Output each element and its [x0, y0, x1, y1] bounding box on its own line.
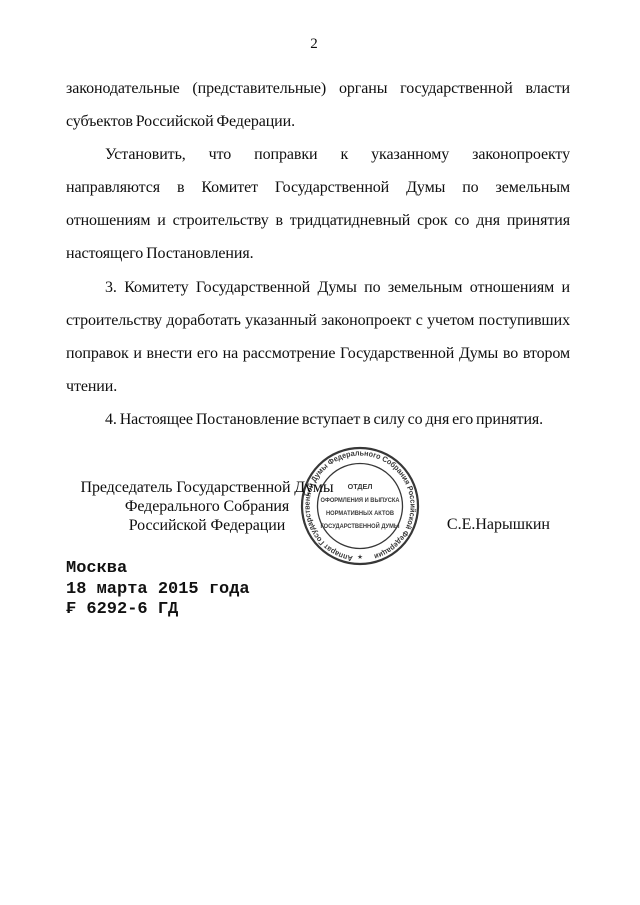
footer-city: Москва — [66, 559, 250, 580]
footer-number: ₣ 6292-6 ГД — [66, 600, 250, 621]
paragraph-line: поправок и внести его на рассмотрение Го… — [66, 337, 570, 370]
duma-seal-stamp-icon: Аппарат Государственной Думы Федеральног… — [297, 446, 423, 566]
page-number: 2 — [66, 36, 562, 53]
paragraph-line: строительству доработать указанный закон… — [66, 304, 570, 337]
stamp-star-icon: ★ — [357, 553, 363, 561]
paragraph-line: чтении. — [66, 370, 570, 403]
paragraph-line: законодательные (представительные) орган… — [66, 72, 570, 105]
document-page: 2 законодательные (представительные) орг… — [0, 0, 640, 905]
footer-date: 18 марта 2015 года — [66, 580, 250, 601]
paragraph-line: направляются в Комитет Государственной Д… — [66, 171, 570, 204]
stamp-center-line: ГОСУДАРСТВЕННОЙ ДУМЫ — [321, 521, 400, 530]
paragraph-line: Установить, что поправки к указанному за… — [66, 138, 570, 171]
document-body: законодательные (представительные) орган… — [66, 72, 570, 436]
stamp-inner-circle — [318, 464, 403, 549]
stamp-center-line: ОТДЕЛ — [348, 482, 373, 491]
paragraph-line: 3. Комитету Государственной Думы по земе… — [66, 271, 570, 304]
stamp-center-line: НОРМАТИВНЫХ АКТОВ — [326, 510, 394, 517]
paragraph-line: 4. Настоящее Постановление вступает в си… — [66, 403, 570, 436]
paragraph-line: настоящего Постановления. — [66, 237, 570, 270]
paragraph-line: субъектов Российской Федерации. — [66, 105, 570, 138]
footer-block: Москва 18 марта 2015 года ₣ 6292-6 ГД — [66, 559, 250, 621]
stamp-ring-text: Аппарат Государственной Думы Федеральног… — [302, 448, 417, 563]
paragraph-line: отношениям и строительству в тридцатидне… — [66, 204, 570, 237]
stamp-center-line: ОФОРМЛЕНИЯ И ВЫПУСКА — [321, 497, 400, 504]
